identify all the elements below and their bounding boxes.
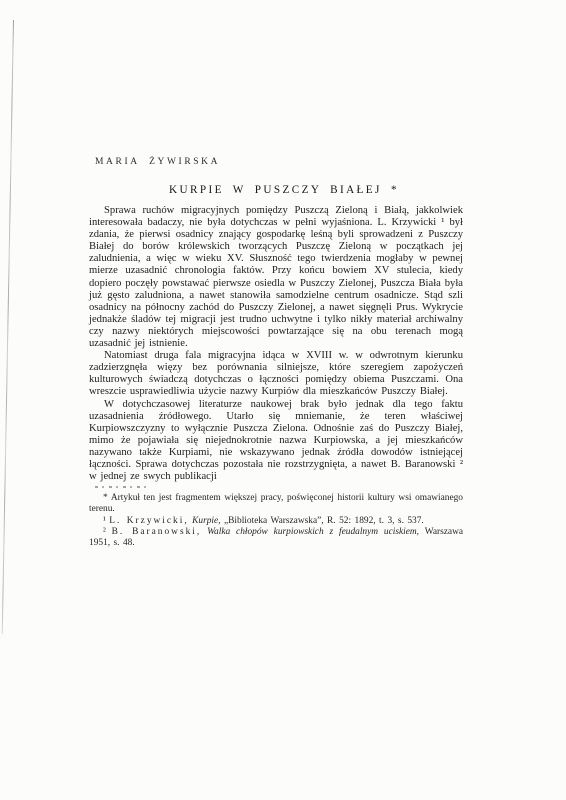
footnote-star: * Artykuł ten jest fragmentem większej p… [89,493,463,515]
article-body: Sprawa ruchów migracyjnych pomiędzy Pusz… [89,205,463,483]
footnote-2-author: B. Baranowski, [112,527,202,537]
footnotes-section: * Artykuł ten jest fragmentem większej p… [89,493,463,549]
footnote-1-marker: ¹ [103,516,106,526]
cut-off-line-artifact [95,486,151,488]
article-content: MARIA ŻYWIRSKA KURPIE W PUSZCZY BIAŁEJ *… [89,157,463,549]
footnote-2-work-title: Walka chłopów kurpiowskich z feudalnym u… [207,527,419,537]
footnote-1-reference: „Biblioteka Warszawska”, R. 52: 1892, t.… [224,516,424,526]
footnote-1-author: L. Krzywicki, [109,516,188,526]
scan-edge-artifact [2,20,15,634]
paragraph-2: Natomiast druga fala migracyjna idąca w … [89,350,463,398]
footnote-1: ¹ L. Krzywicki, Kurpie, „Biblioteka Wars… [89,516,463,527]
paragraph-3: W dotychczasowej literaturze naukowej br… [89,399,463,484]
footnote-2: ² B. Baranowski, Walka chłopów kurpiowsk… [89,527,463,549]
footnote-star-text: Artykuł ten jest fragmentem większej pra… [89,493,463,514]
scanned-page: MARIA ŻYWIRSKA KURPIE W PUSZCZY BIAŁEJ *… [0,0,566,800]
author-name: MARIA ŻYWIRSKA [95,157,463,167]
footnote-2-marker: ² [103,527,106,537]
paragraph-1: Sprawa ruchów migracyjnych pomiędzy Pusz… [89,205,463,350]
footnote-star-marker: * [103,493,108,503]
footnote-1-work-title: Kurpie, [192,516,220,526]
article-title: KURPIE W PUSZCZY BIAŁEJ * [105,184,463,196]
